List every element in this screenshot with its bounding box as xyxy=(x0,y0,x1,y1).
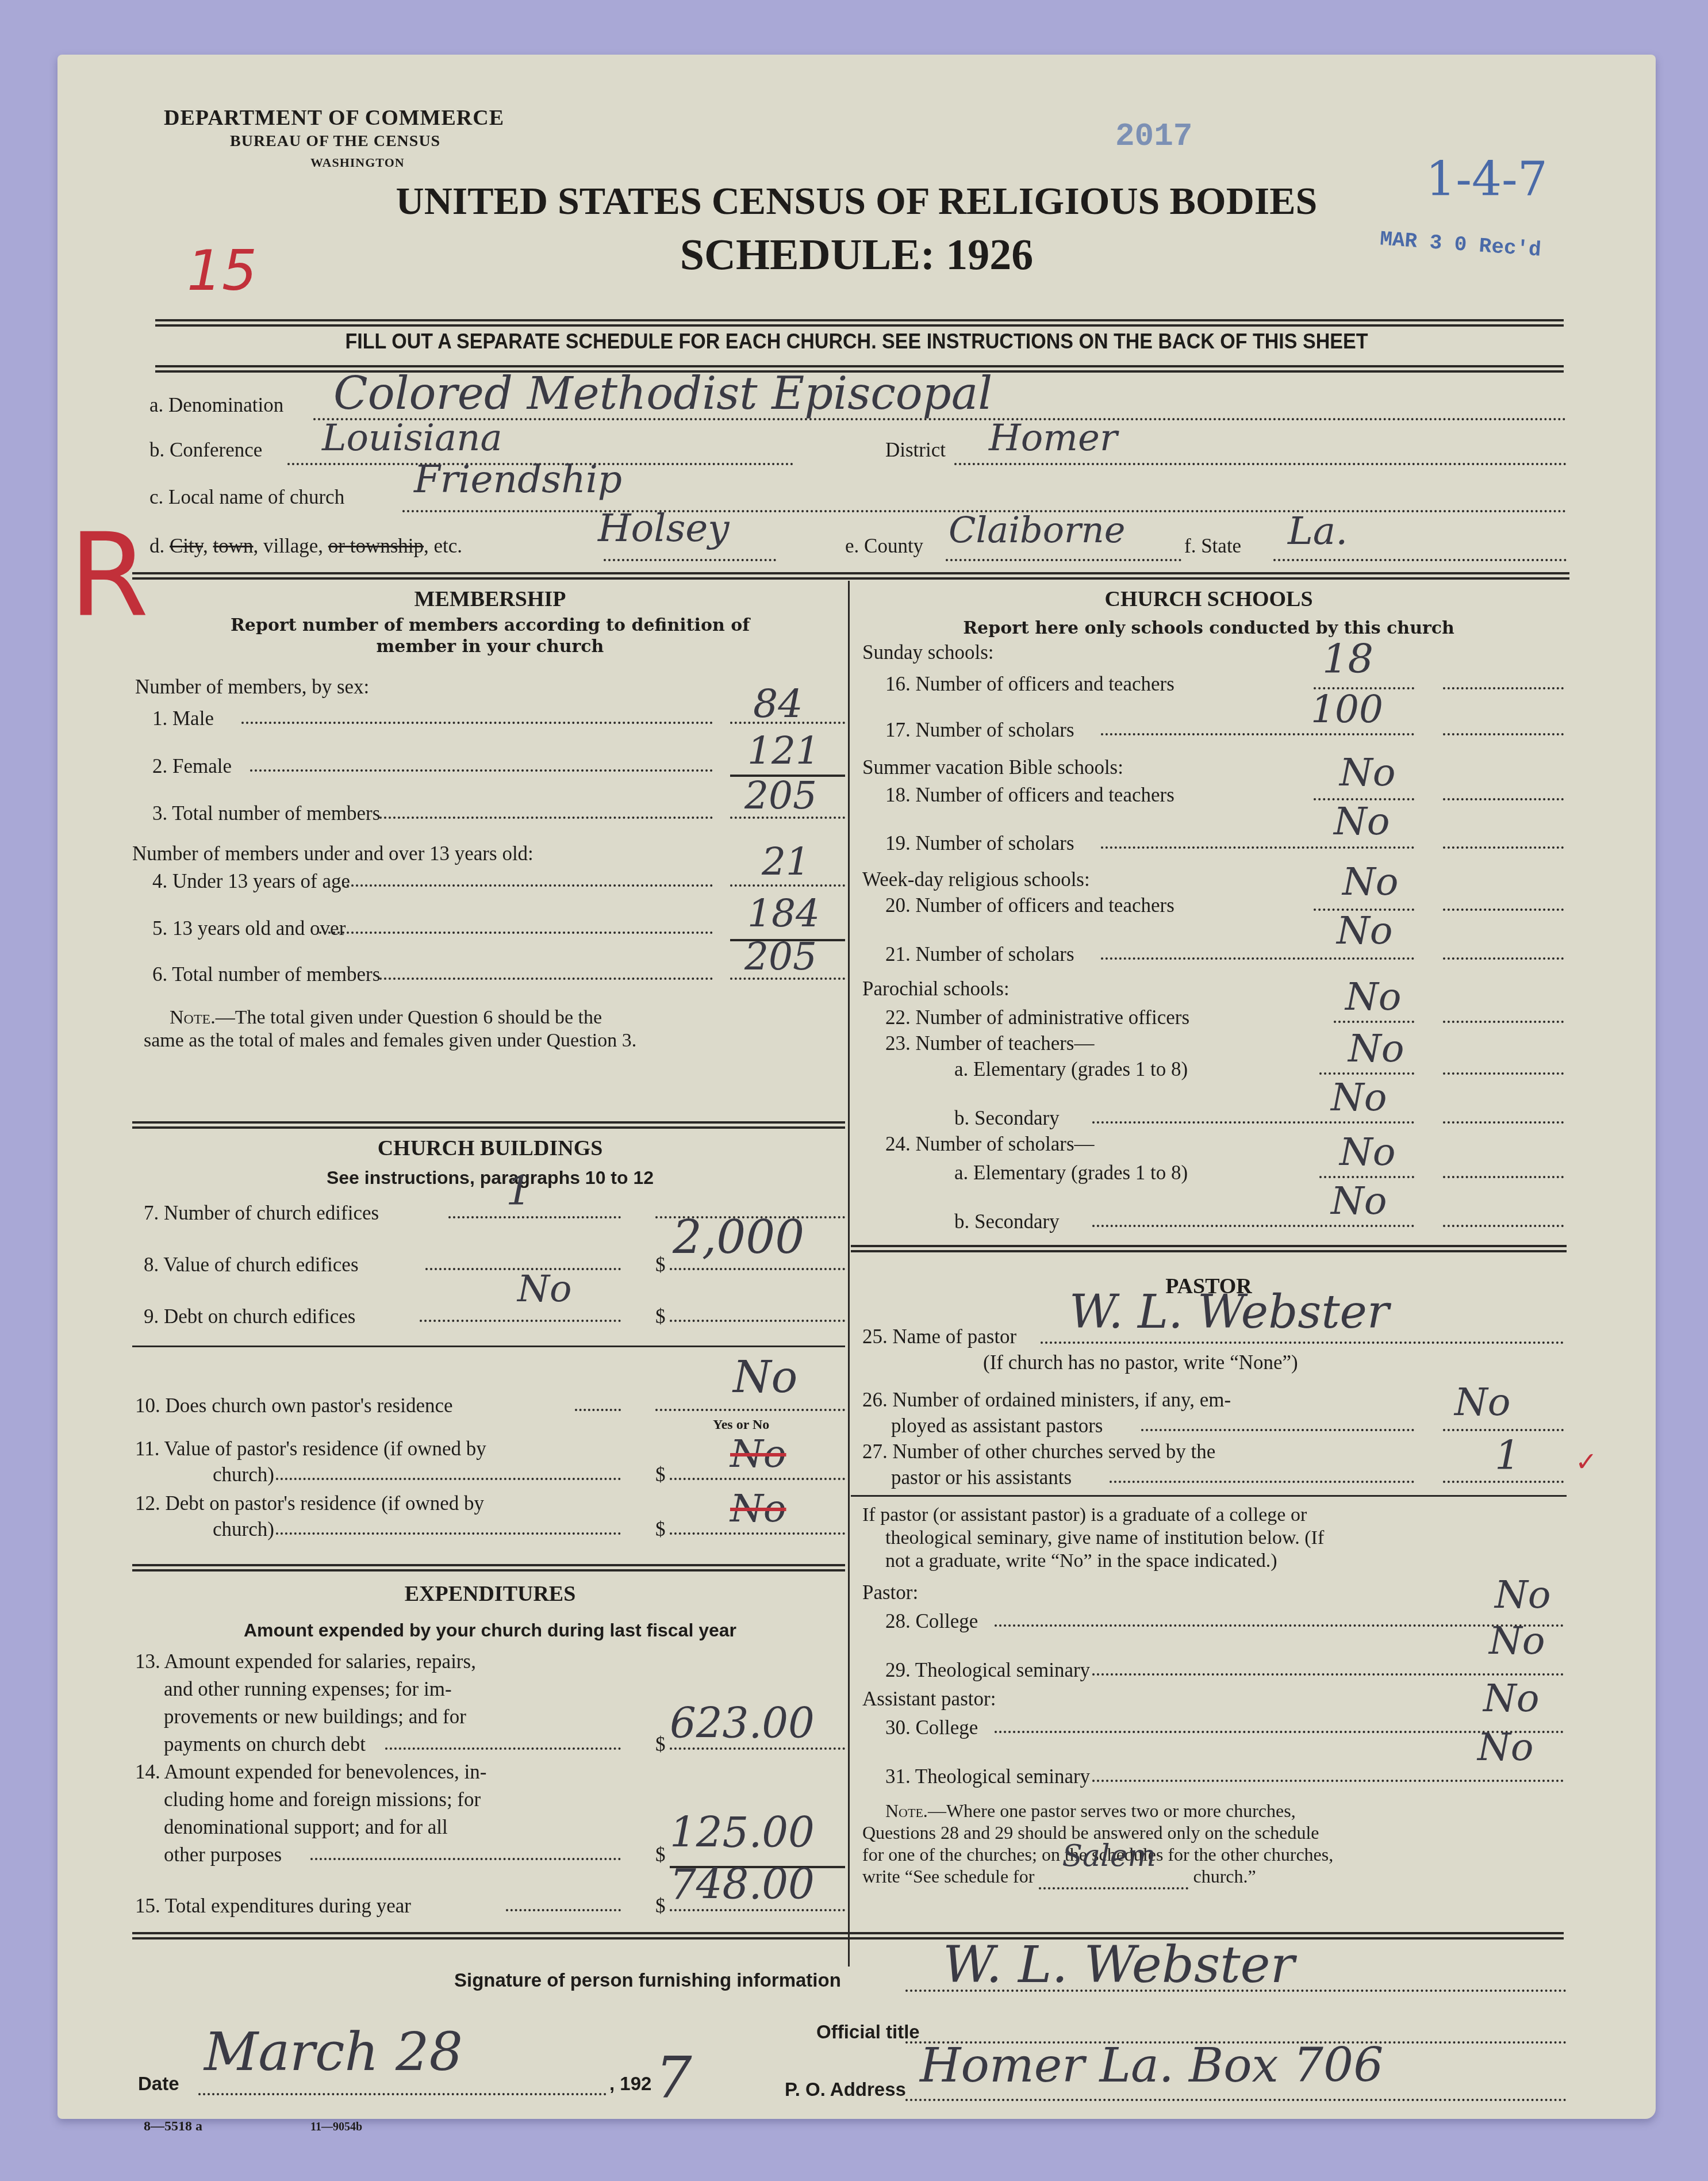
q24a-label: a. Elementary (grades 1 to 8) xyxy=(954,1162,1188,1185)
pastor-note: Note.—Where one pastor serves two or mor… xyxy=(862,1800,1567,1889)
q18-field[interactable]: No xyxy=(1339,750,1396,795)
city-line xyxy=(604,559,776,561)
female-count-field[interactable]: 121 xyxy=(747,729,820,773)
membership-title: MEMBERSHIP xyxy=(132,587,848,612)
q14-line-2: cluding home and foreign missions; for xyxy=(164,1788,481,1811)
residence-value-label: 11. Value of pastor's residence (if owne… xyxy=(135,1438,486,1461)
edifices-debt-field[interactable]: No xyxy=(517,1268,572,1310)
over-13-field[interactable]: 184 xyxy=(747,891,820,936)
census-schedule-form: 2017 1-4-7 MAR 3 0 Rec'd 15 R DEPARTMENT… xyxy=(57,55,1656,2119)
residence-value-label-2: church) xyxy=(213,1463,274,1486)
instruction-banner: FILL OUT A SEPARATE SCHEDULE FOR EACH CH… xyxy=(121,329,1592,354)
note-line-1: —Where one pastor serves two or more chu… xyxy=(928,1800,1296,1821)
q22-field[interactable]: No xyxy=(1345,975,1402,1019)
q15-total-field[interactable]: 748.00 xyxy=(670,1860,815,1908)
leader xyxy=(319,932,713,934)
leader xyxy=(1101,846,1414,849)
answer-line xyxy=(1443,1481,1564,1483)
q17-label: 17. Number of scholars xyxy=(885,719,1074,742)
q14-line-4: other purposes xyxy=(164,1843,282,1866)
leader xyxy=(342,884,713,887)
form-title: UNITED STATES CENSUS OF RELIGIOUS BODIES xyxy=(57,178,1656,224)
note-line-4-end: church.” xyxy=(1193,1866,1256,1887)
q29-field[interactable]: No xyxy=(1489,1619,1545,1663)
q26-label-1: 26. Number of ordained ministers, if any… xyxy=(862,1389,1231,1412)
q13-line-4: payments on church debt xyxy=(164,1733,366,1756)
q27-field[interactable]: 1 xyxy=(1495,1432,1521,1479)
answer-line xyxy=(1443,1072,1564,1075)
q23a-label: a. Elementary (grades 1 to 8) xyxy=(954,1058,1188,1081)
answer-line xyxy=(1092,1673,1564,1676)
q26-label-2: ployed as assistant pastors xyxy=(891,1415,1103,1438)
answer-line xyxy=(1443,798,1564,800)
leader xyxy=(506,1909,621,1911)
total-members-age-label: 6. Total number of members xyxy=(152,963,380,986)
schedule-title: SCHEDULE: 1926 xyxy=(57,230,1656,280)
edifices-count-field[interactable]: 1 xyxy=(506,1167,532,1214)
q19-field[interactable]: No xyxy=(1334,799,1390,844)
address-line xyxy=(905,2099,1567,2101)
edifices-count-label: 7. Number of church edifices xyxy=(144,1202,379,1225)
q31-label: 31. Theological seminary xyxy=(885,1765,1090,1788)
leader xyxy=(575,1409,621,1411)
answer-line xyxy=(730,884,845,887)
assistant-sub-label: Assistant pastor: xyxy=(862,1688,996,1711)
q13-line-1: 13. Amount expended for salaries, repair… xyxy=(135,1650,476,1673)
answer-line xyxy=(1443,733,1564,735)
leader xyxy=(385,1747,621,1750)
leader xyxy=(276,1532,621,1535)
edifices-value-field[interactable]: 2,000 xyxy=(673,1210,804,1264)
dollar-sign: $ xyxy=(655,1254,666,1277)
city-town-label: d. City, town, village, or township, etc… xyxy=(149,535,462,558)
q28-field[interactable]: No xyxy=(1495,1573,1551,1617)
q27-label-2: pastor or his assistants xyxy=(891,1466,1072,1489)
q30-label: 30. College xyxy=(885,1716,978,1739)
denomination-label: a. Denomination xyxy=(149,394,283,417)
answer-line xyxy=(1041,1341,1564,1344)
over-13-label: 5. 13 years old and over xyxy=(152,917,346,940)
answer-line xyxy=(1443,1021,1564,1023)
answer-line xyxy=(1443,846,1564,849)
leader xyxy=(241,722,713,724)
membership-subtitle-1: Report number of members according to de… xyxy=(132,615,848,635)
sunday-schools-label: Sunday schools: xyxy=(862,641,993,664)
grad-line-1: If pastor (or assistant pastor) is a gra… xyxy=(862,1504,1307,1525)
note-line-2: same as the total of males and females g… xyxy=(144,1030,636,1051)
q13-line-2: and other running expenses; for im- xyxy=(164,1678,452,1701)
expenditures-title: EXPENDITURES xyxy=(132,1581,848,1607)
conference-field[interactable]: Louisiana xyxy=(322,417,502,459)
q25-hint: (If church has no pastor, write “None”) xyxy=(983,1351,1298,1374)
dollar-sign: $ xyxy=(655,1733,666,1756)
membership-note: Note.—The total given under Question 6 s… xyxy=(144,1006,842,1052)
under-13-field[interactable]: 21 xyxy=(762,840,810,884)
signature-field[interactable]: W. L. Webster xyxy=(943,1935,1295,1994)
see-schedule-church-field[interactable]: Salem xyxy=(1039,1865,1188,1889)
residence-value-field[interactable]: No xyxy=(730,1432,786,1476)
answer-line xyxy=(1443,1176,1564,1178)
schools-title: CHURCH SCHOOLS xyxy=(851,587,1567,612)
divider xyxy=(155,319,1564,327)
q23b-field[interactable]: No xyxy=(1331,1075,1387,1120)
column-divider xyxy=(848,581,850,1967)
leader xyxy=(310,1858,621,1860)
form-code-1: 8—5518 a xyxy=(144,2119,202,2134)
answer-line xyxy=(655,1409,845,1411)
q14-line-3: denominational support; and for all xyxy=(164,1816,448,1839)
address-field[interactable]: Homer La. Box 706 xyxy=(920,2038,1383,2093)
q13-line-3: provements or new buildings; and for xyxy=(164,1705,466,1728)
conference-label: b. Conference xyxy=(149,439,262,462)
q15-label: 15. Total expenditures during year xyxy=(135,1895,411,1918)
answer-line xyxy=(670,1909,845,1911)
q24b-label: b. Secondary xyxy=(954,1210,1060,1233)
answer-line xyxy=(1092,1780,1564,1782)
stamp-number: 2017 xyxy=(1115,118,1192,155)
q28-label: 28. College xyxy=(885,1610,978,1633)
leader xyxy=(1319,1072,1414,1075)
q14-amount-field[interactable]: 125.00 xyxy=(670,1808,815,1857)
town-struck: town xyxy=(213,535,254,557)
q24b-field[interactable]: No xyxy=(1331,1179,1387,1223)
buildings-title: CHURCH BUILDINGS xyxy=(132,1136,848,1161)
divider xyxy=(132,1564,845,1571)
divider xyxy=(851,1245,1567,1252)
city-label: WASHINGTON xyxy=(310,155,405,170)
q22-label: 22. Number of administrative officers xyxy=(885,1006,1189,1029)
graduate-instructions: If pastor (or assistant pastor) is a gra… xyxy=(862,1504,1567,1573)
state-line xyxy=(1273,559,1567,561)
male-count-field[interactable]: 84 xyxy=(753,681,803,727)
leader xyxy=(250,769,713,772)
leader xyxy=(448,1216,621,1218)
dollar-sign: $ xyxy=(655,1518,666,1541)
answer-line xyxy=(670,1532,845,1535)
total-members-field[interactable]: 205 xyxy=(744,773,817,818)
q16-field[interactable]: 18 xyxy=(1322,635,1373,683)
year-field[interactable]: 7 xyxy=(655,2044,692,2111)
summer-schools-label: Summer vacation Bible schools: xyxy=(862,756,1123,779)
edifices-debt-label: 9. Debt on church edifices xyxy=(144,1305,355,1328)
check-mark: ✓ xyxy=(1575,1446,1598,1477)
state-field[interactable]: La. xyxy=(1288,509,1348,553)
answer-line xyxy=(1443,687,1564,689)
total-members-label: 3. Total number of members xyxy=(152,802,380,825)
residence-debt-field[interactable]: No xyxy=(730,1486,786,1531)
signature-label: Signature of person furnishing informati… xyxy=(454,1969,841,1991)
q13-amount-field[interactable]: 623.00 xyxy=(670,1699,815,1747)
leader xyxy=(1101,733,1414,735)
answer-line xyxy=(1443,957,1564,960)
q24-label: 24. Number of scholars— xyxy=(885,1133,1095,1156)
q20-label: 20. Number of officers and teachers xyxy=(885,894,1175,917)
dollar-sign: $ xyxy=(655,1463,666,1486)
q23b-label: b. Secondary xyxy=(954,1107,1060,1130)
total-members-age-field[interactable]: 205 xyxy=(744,934,817,979)
leader xyxy=(276,1478,621,1480)
leader xyxy=(379,817,713,819)
dollar-sign: $ xyxy=(655,1895,666,1918)
answer-line xyxy=(995,1624,1564,1627)
county-line xyxy=(946,559,1181,561)
buildings-subtitle: See instructions, paragraphs 10 to 12 xyxy=(132,1167,848,1189)
q30-field[interactable]: No xyxy=(1483,1676,1540,1720)
local-name-label: c. Local name of church xyxy=(149,486,344,509)
q21-label: 21. Number of scholars xyxy=(885,943,1074,966)
date-label: Date xyxy=(138,2073,179,2095)
city-prefix: d. xyxy=(149,535,164,557)
denomination-field[interactable]: Colored Methodist Episcopal xyxy=(333,368,992,420)
note-head: Note. xyxy=(170,1007,216,1028)
grad-line-3: not a graduate, write “No” in the space … xyxy=(885,1550,1277,1571)
district-label: District xyxy=(885,439,946,462)
under-13-label: 4. Under 13 years of age xyxy=(152,870,350,893)
county-label: e. County xyxy=(845,535,923,558)
county-field[interactable]: Claiborne xyxy=(949,509,1125,551)
etc-text: , etc. xyxy=(424,535,462,557)
q19-label: 19. Number of scholars xyxy=(885,832,1074,855)
district-line xyxy=(954,463,1567,465)
q17-field[interactable]: 100 xyxy=(1311,687,1383,731)
year-prefix: , 192 xyxy=(609,2073,651,2095)
leader xyxy=(1092,1121,1414,1124)
note-line-4: write “See schedule for xyxy=(862,1866,1034,1887)
edifices-value-label: 8. Value of church edifices xyxy=(144,1254,359,1277)
answer-line xyxy=(670,1268,845,1270)
divider xyxy=(132,572,1569,580)
answer-line xyxy=(1443,909,1564,911)
q31-field[interactable]: No xyxy=(1477,1725,1534,1769)
district-field[interactable]: Homer xyxy=(989,417,1118,459)
answer-line xyxy=(670,1478,845,1480)
department-label: DEPARTMENT OF COMMERCE xyxy=(164,105,504,131)
divider xyxy=(132,1346,845,1347)
local-name-field[interactable]: Friendship xyxy=(414,457,622,501)
answer-line xyxy=(1443,1429,1564,1431)
q20-field[interactable]: No xyxy=(1342,860,1399,904)
by-age-label: Number of members under and over 13 year… xyxy=(132,842,533,865)
answer-line xyxy=(1443,1225,1564,1227)
weekday-schools-label: Week-day religious schools: xyxy=(862,868,1090,891)
answer-line xyxy=(1443,1121,1564,1124)
divider xyxy=(132,1932,1564,1939)
note-line-1: —The total given under Question 6 should… xyxy=(216,1007,602,1028)
official-title-label: Official title xyxy=(816,2021,920,2043)
q23-label: 23. Number of teachers— xyxy=(885,1032,1094,1055)
dollar-sign: $ xyxy=(655,1305,666,1328)
answer-line xyxy=(670,1320,845,1322)
q29-label: 29. Theological seminary xyxy=(885,1659,1090,1682)
owns-residence-label: 10. Does church own pastor's residence xyxy=(135,1394,453,1417)
q21-field[interactable]: No xyxy=(1337,909,1393,953)
date-line xyxy=(198,2093,607,2095)
leader xyxy=(379,978,713,980)
city-struck: City xyxy=(170,535,203,557)
divider xyxy=(851,1495,1567,1497)
state-label: f. State xyxy=(1184,535,1241,558)
answer-line xyxy=(670,1747,845,1750)
divider xyxy=(132,1121,845,1129)
leader xyxy=(1110,1481,1414,1483)
dollar-sign: $ xyxy=(655,1843,666,1866)
bureau-label: BUREAU OF THE CENSUS xyxy=(230,132,440,151)
leader xyxy=(1319,1176,1414,1178)
form-code-2: 11—9054b xyxy=(310,2121,362,2134)
leader xyxy=(1334,1021,1414,1023)
pastor-sub-label: Pastor: xyxy=(862,1581,918,1604)
residence-debt-label-2: church) xyxy=(213,1518,274,1541)
address-label: P. O. Address xyxy=(785,2079,906,2100)
q25-label: 25. Name of pastor xyxy=(862,1325,1016,1348)
date-field[interactable]: March 28 xyxy=(204,2021,463,2083)
expenditures-subtitle: Amount expended by your church during la… xyxy=(132,1620,848,1641)
grad-line-2: theological seminary, give name of insti… xyxy=(885,1527,1324,1548)
residence-debt-label: 12. Debt on pastor's residence (if owned… xyxy=(135,1492,484,1515)
pastor-name-field[interactable]: W. L. Webster xyxy=(1069,1285,1389,1339)
owns-residence-field[interactable]: No xyxy=(733,1351,797,1402)
q16-label: 16. Number of officers and teachers xyxy=(885,673,1175,696)
by-sex-label: Number of members, by sex: xyxy=(135,676,369,699)
q23a-field[interactable]: No xyxy=(1348,1026,1404,1071)
yes-or-no-hint: Yes or No xyxy=(713,1417,769,1433)
q27-label-1: 27. Number of other churches served by t… xyxy=(862,1440,1215,1463)
q18-label: 18. Number of officers and teachers xyxy=(885,784,1175,807)
male-label: 1. Male xyxy=(152,707,214,730)
see-schedule-church-value: Salem xyxy=(1062,1845,1156,1867)
leader xyxy=(1141,1429,1414,1431)
membership-subtitle-2: member in your church xyxy=(132,637,848,657)
schools-subtitle: Report here only schools conducted by th… xyxy=(851,618,1567,638)
female-label: 2. Female xyxy=(152,755,232,778)
township-struck: or township xyxy=(328,535,424,557)
parochial-schools-label: Parochial schools: xyxy=(862,978,1010,1001)
leader xyxy=(1092,1225,1414,1227)
q24a-field[interactable]: No xyxy=(1339,1130,1396,1174)
leader xyxy=(420,1320,621,1322)
leader xyxy=(1101,957,1414,960)
village-text: , village, xyxy=(254,535,324,557)
q26-field[interactable]: No xyxy=(1454,1380,1511,1424)
city-field[interactable]: Holsey xyxy=(598,506,730,550)
note-head: Note. xyxy=(885,1800,928,1821)
q14-line-1: 14. Amount expended for benevolences, in… xyxy=(135,1761,486,1784)
